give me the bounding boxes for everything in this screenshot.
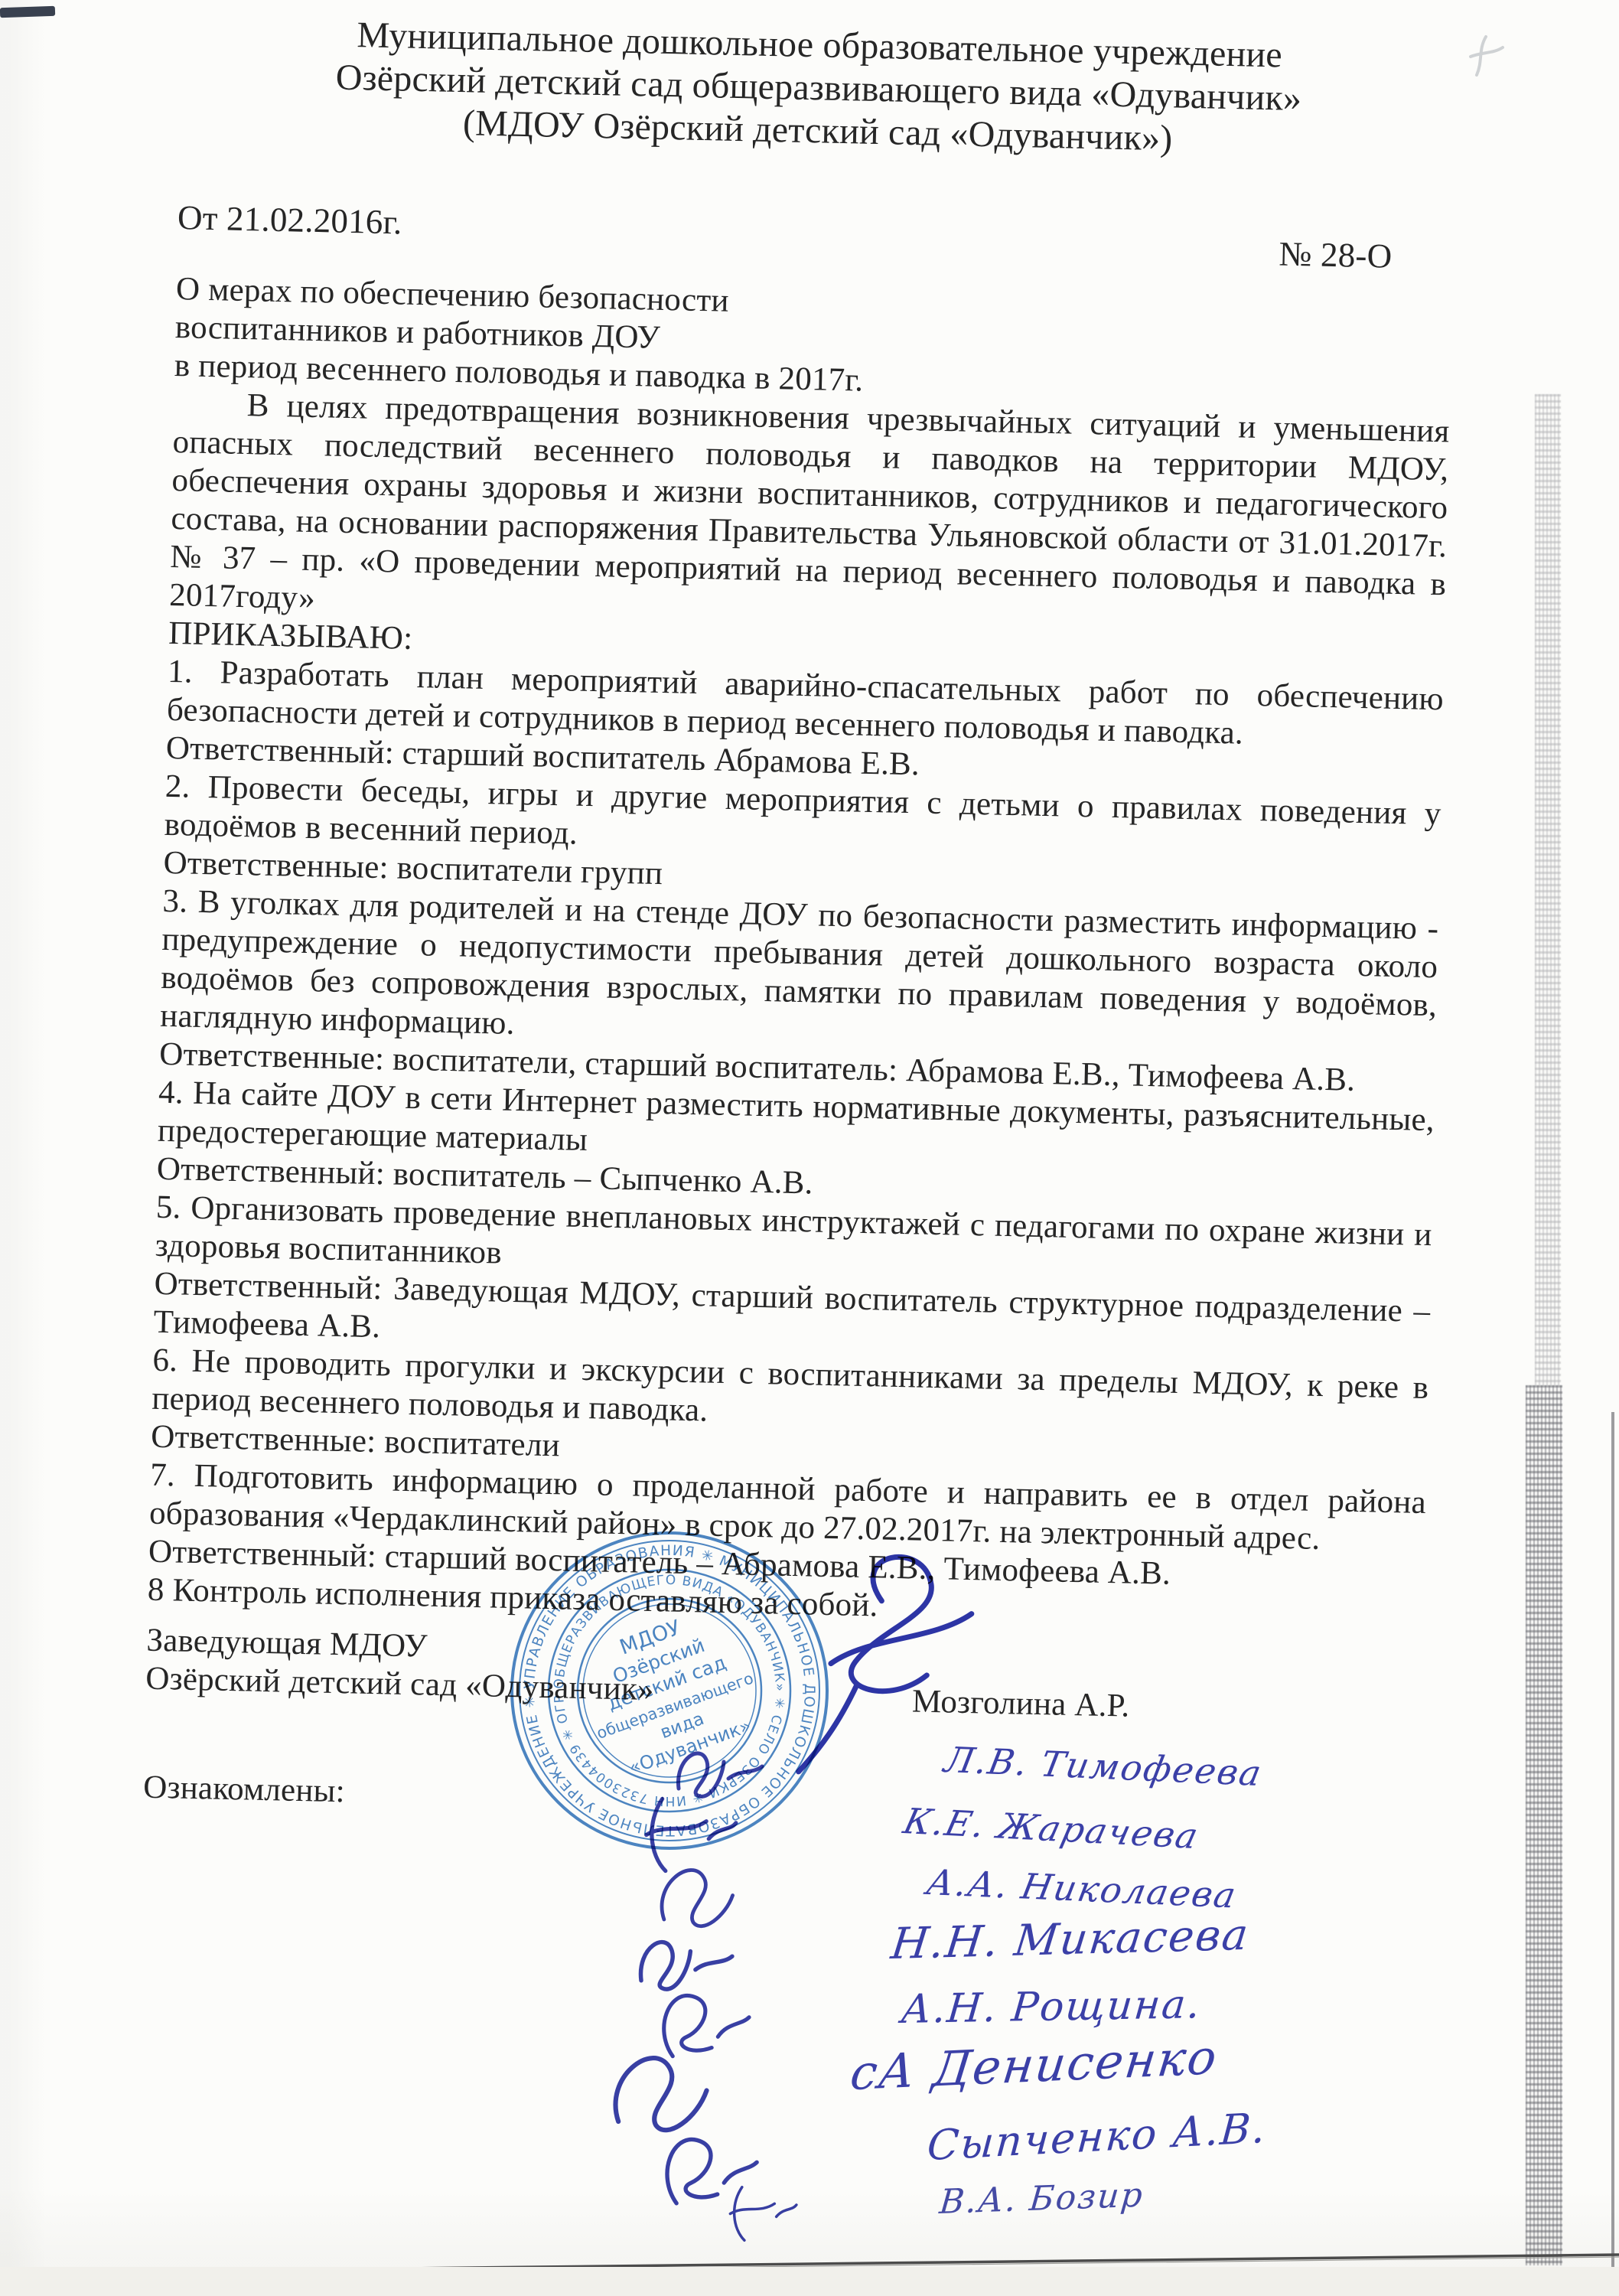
scan-bleedthrough-noise (1526, 1385, 1562, 2265)
order-meta-row: От 21.02.2016г. № 28-О (177, 198, 1454, 276)
acknowledged-signature: сА Денисенко (848, 2029, 1221, 2101)
order-preamble: В целях предотвращения возникновения чре… (169, 385, 1450, 642)
acknowledged-signature: А.Н. Рощина. (899, 1981, 1203, 2033)
document-header: Муниципальное дошкольное образовательное… (179, 10, 1458, 166)
scanned-document-page: { "document": { "header": { "line1": "Му… (0, 0, 1619, 2296)
order-number: № 28-О (1279, 234, 1393, 275)
scan-edge-line (1611, 1412, 1614, 2281)
order-date: От 21.02.2016г. (177, 198, 402, 253)
signature-paraph (718, 2181, 802, 2246)
scan-artifact-dash (0, 6, 55, 18)
acknowledged-signature: В.А. Бозир (938, 2176, 1145, 2223)
order-item: 3. В уголках для родителей и на стенде Д… (160, 882, 1439, 1063)
scan-bleedthrough-noise (1535, 394, 1561, 1385)
acknowledged-signature: А.А. Николаева (924, 1861, 1240, 1916)
page-bottom-strip (0, 2267, 1619, 2296)
acknowledged-signature: Н.Н. Микасева (888, 1910, 1252, 1969)
acknowledged-signature: Сыпченко А.В. (926, 2104, 1269, 2170)
scan-artifact-mark (1463, 31, 1509, 84)
